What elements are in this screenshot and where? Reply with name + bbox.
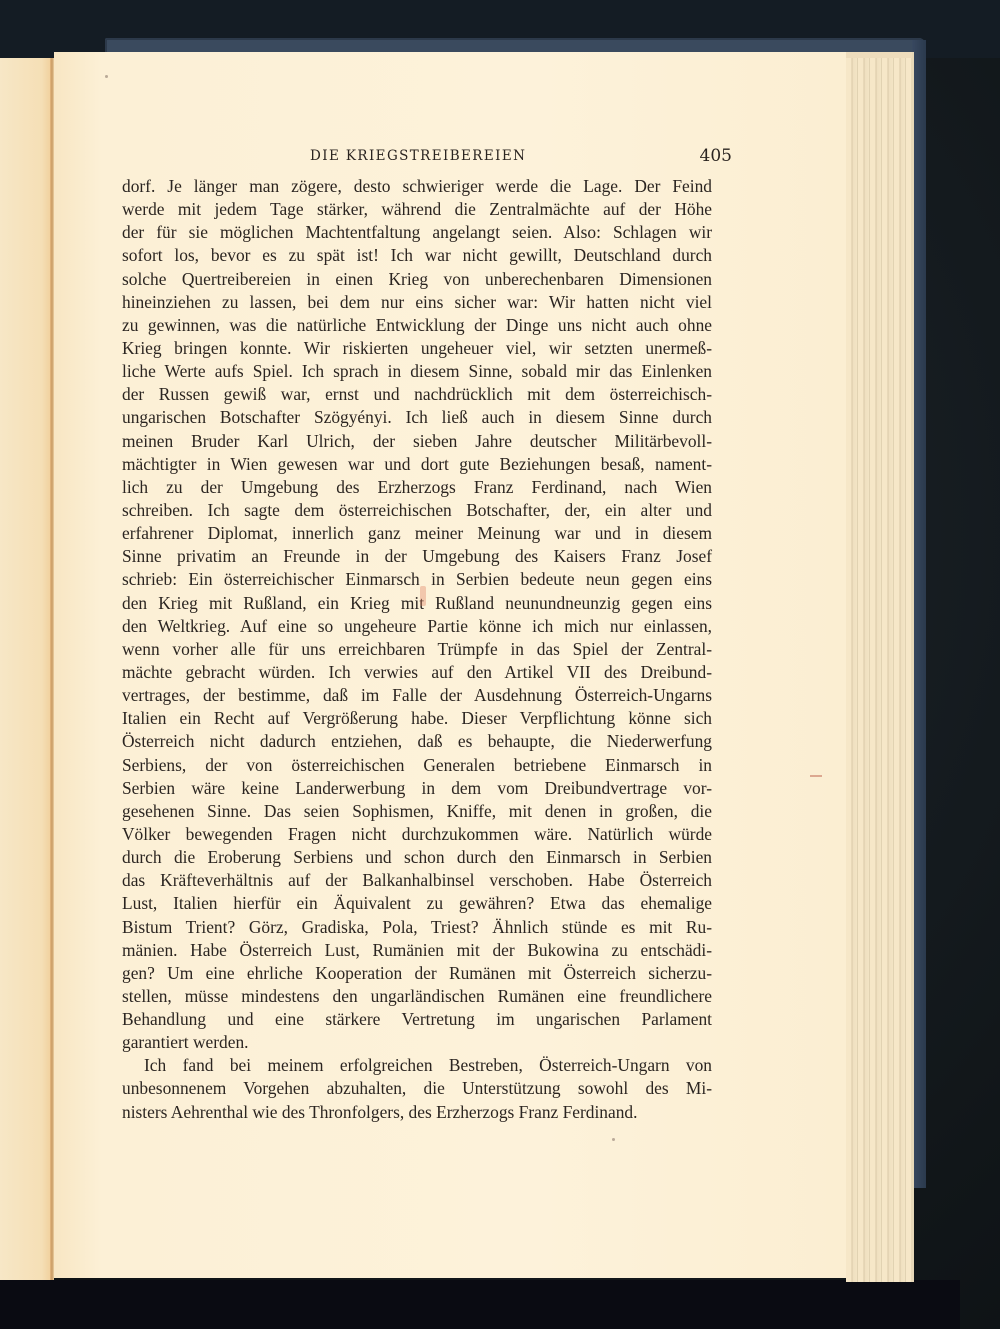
text-line: ungarischen Botschafter Szögyényi. Ich l… bbox=[122, 406, 712, 429]
left-page-edge bbox=[0, 58, 52, 1280]
text-line: garantiert werden. bbox=[122, 1031, 712, 1054]
text-line: stellen, müsse mindestens den ungarländi… bbox=[122, 985, 712, 1008]
page-fore-edge bbox=[846, 52, 914, 1282]
text-line: werde mit jedem Tage stärker, während di… bbox=[122, 198, 712, 221]
text-line: mänien. Habe Österreich Lust, Rumänien m… bbox=[122, 939, 712, 962]
text-line: Serbien wäre keine Landerwerbung in dem … bbox=[122, 777, 712, 800]
body-text: dorf. Je länger man zögere, desto schwie… bbox=[122, 175, 712, 1124]
text-line: meinen Bruder Karl Ulrich, der sieben Ja… bbox=[122, 430, 712, 453]
text-line: Ich fand bei meinem erfolgreichen Bestre… bbox=[122, 1054, 712, 1077]
text-line: Sinne privatim an Freunde in der Umgebun… bbox=[122, 545, 712, 568]
text-line: zu gewinnen, was die natürliche Entwickl… bbox=[122, 314, 712, 337]
text-line: hineinziehen zu lassen, bei dem nur eins… bbox=[122, 291, 712, 314]
text-line: schreiben. Ich sagte dem österreichische… bbox=[122, 499, 712, 522]
page-fore-edge-top bbox=[846, 52, 912, 58]
paper-speck bbox=[612, 1138, 615, 1141]
text-line: wenn vorher alle für uns erreichbaren Tr… bbox=[122, 638, 712, 661]
book-cover-spine-edge bbox=[912, 40, 926, 1188]
text-line: gen? Um eine ehrliche Kooperation der Ru… bbox=[122, 962, 712, 985]
text-line: Krieg bringen konnte. Wir riskierten ung… bbox=[122, 337, 712, 360]
text-line: Bistum Trient? Görz, Gradiska, Pola, Tri… bbox=[122, 916, 712, 939]
text-line: gesehenen Sinne. Das seien Sophismen, Kn… bbox=[122, 800, 712, 823]
text-line: liche Werte aufs Spiel. Ich sprach in di… bbox=[122, 360, 712, 383]
page-number: 405 bbox=[700, 146, 732, 166]
text-line: solche Quertreibereien in einen Krieg vo… bbox=[122, 268, 712, 291]
text-line: sofort los, bevor es zu spät ist! Ich wa… bbox=[122, 244, 712, 267]
text-line: der für sie möglichen Machtentfaltung an… bbox=[122, 221, 712, 244]
text-line: unbesonnenem Vorgehen abzuhalten, die Un… bbox=[122, 1077, 712, 1100]
text-line: das Kräfteverhältnis auf der Balkanhalbi… bbox=[122, 869, 712, 892]
text-line: der Russen gewiß war, ernst und nachdrüc… bbox=[122, 383, 712, 406]
text-line: Völker bewegenden Fragen nicht durchzuko… bbox=[122, 823, 712, 846]
page-gutter bbox=[50, 58, 54, 1280]
text-line: schrieb: Ein österreichischer Einmarsch … bbox=[122, 568, 712, 591]
text-line: den Krieg mit Rußland, ein Krieg mit Ruß… bbox=[122, 592, 712, 615]
text-line: den Weltkrieg. Auf eine so ungeheure Par… bbox=[122, 615, 712, 638]
running-head-title: DIE KRIEGSTREIBEREIEN bbox=[310, 148, 526, 164]
text-line: mächte gebracht würden. Ich verwies auf … bbox=[122, 661, 712, 684]
text-line: vertrages, der bestimme, daß im Falle de… bbox=[122, 684, 712, 707]
text-line: Behandlung und eine stärkere Vertretung … bbox=[122, 1008, 712, 1031]
running-head: DIE KRIEGSTREIBEREIEN 405 bbox=[120, 146, 720, 170]
text-line: durch die Eroberung Serbiens und schon d… bbox=[122, 846, 712, 869]
text-line: dorf. Je länger man zögere, desto schwie… bbox=[122, 175, 712, 198]
text-line: mächtigter in Wien gewesen war und dort … bbox=[122, 453, 712, 476]
text-line: Italien ein Recht auf Vergrößerung habe.… bbox=[122, 707, 712, 730]
text-line: lich zu der Umgebung des Erzherzogs Fran… bbox=[122, 476, 712, 499]
margin-mark bbox=[810, 775, 822, 777]
text-line: Österreich nicht dadurch entziehen, daß … bbox=[122, 730, 712, 753]
text-line: nisters Aehrenthal wie des Thronfolgers,… bbox=[122, 1101, 712, 1124]
text-line: erfahrener Diplomat, innerlich ganz mein… bbox=[122, 522, 712, 545]
text-line: Serbiens, der von österreichischen Gener… bbox=[122, 754, 712, 777]
text-line: Lust, Italien hierfür ein Äquivalent zu … bbox=[122, 892, 712, 915]
ink-smudge bbox=[420, 586, 426, 606]
paper-speck bbox=[105, 75, 108, 78]
bottom-shadow bbox=[0, 1280, 960, 1329]
